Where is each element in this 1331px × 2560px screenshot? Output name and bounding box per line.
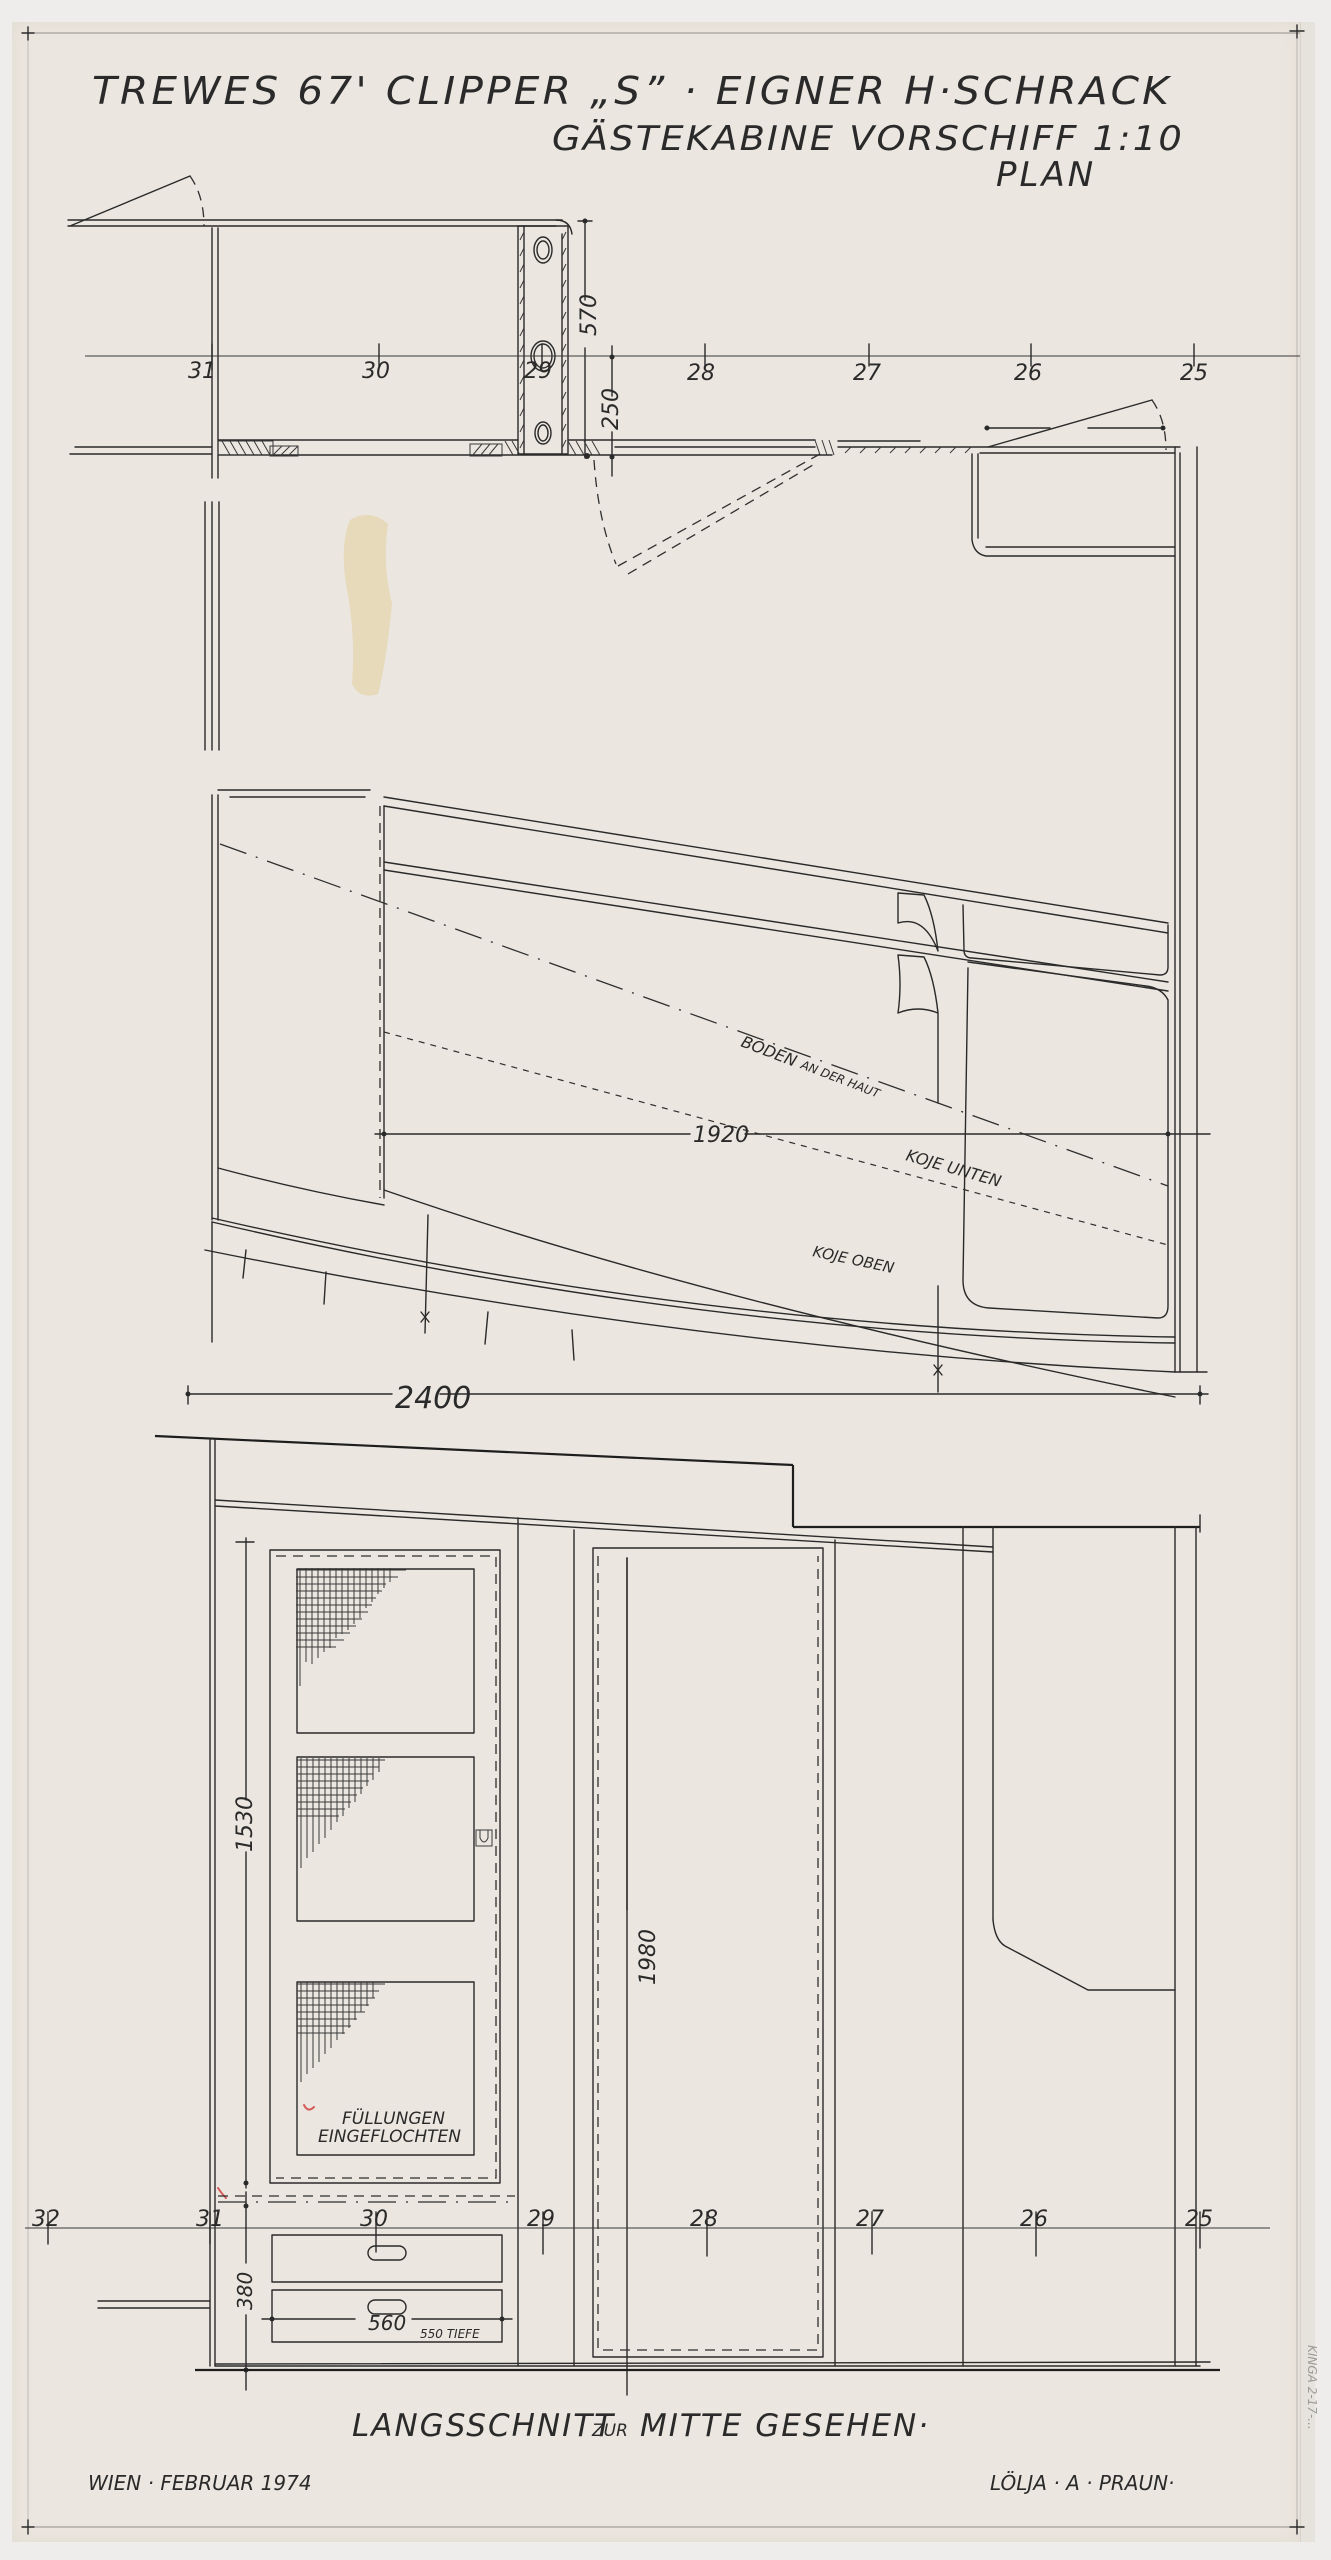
place-date: WIEN · FEBRUAR 1974 xyxy=(88,2471,312,2495)
plan-view: 570 31 30 29 28 27 26 25 250 xyxy=(68,176,1300,1416)
frame-label-29: 29 xyxy=(524,359,552,384)
registration-cross-icon xyxy=(22,27,34,40)
section-view: FÜLLUNGEN EINGEFLOCHTEN 1530 1980 32 xyxy=(25,1436,1270,2444)
drawer-handle-icon xyxy=(368,2246,406,2260)
annotation-koje-oben: KOJE OBEN xyxy=(811,1242,896,1277)
dimension-1920: 1920 xyxy=(693,1123,749,1148)
registration-cross-icon xyxy=(22,2520,34,2534)
title-block: TREWES 67' CLIPPER „S” · EIGNER H·SCHRAC… xyxy=(92,69,1184,195)
dimension-380: 380 xyxy=(233,2272,257,2310)
panel-2 xyxy=(297,1757,474,1921)
dimension-depth: 550 TIEFE xyxy=(420,2327,480,2341)
frame-label-25: 25 xyxy=(1180,361,1208,386)
dimension-560: 560 xyxy=(368,2311,406,2335)
section-caption-rest: MITTE GESEHEN· xyxy=(640,2408,930,2444)
weave-hatch-icon xyxy=(296,1568,406,1686)
paper-stain xyxy=(344,515,392,696)
frame-label-31: 31 xyxy=(188,359,216,384)
section-caption-small: ZUR xyxy=(591,2421,628,2441)
annotation-eingeflochten: EINGEFLOCHTEN xyxy=(318,2127,461,2147)
frame-label-28: 28 xyxy=(687,361,715,386)
registration-cross-icon xyxy=(1290,2520,1304,2534)
frame-label-32: 32 xyxy=(32,2207,60,2232)
section-caption-main: LANGSSCHNITT xyxy=(352,2408,615,2444)
weave-hatch-icon xyxy=(297,1758,385,1868)
author-signature: LÖLJA · A · PRAUN· xyxy=(990,2471,1174,2495)
frame-label-26: 26 xyxy=(1020,2207,1048,2232)
frame-label-27: 27 xyxy=(856,2207,884,2232)
frame-label-25: 25 xyxy=(1185,2207,1213,2232)
title-line-2: GÄSTEKABINE VORSCHIFF 1:10 xyxy=(552,119,1184,159)
red-check-mark-icon xyxy=(304,2105,314,2110)
frame-label-30: 30 xyxy=(360,2207,388,2232)
annotation-boden: BODEN xyxy=(739,1032,800,1071)
annotation-an-der-haut: AN DER HAUT xyxy=(798,1057,883,1101)
dimension-2400: 2400 xyxy=(395,1381,471,1416)
dimension-570: 570 xyxy=(577,294,602,336)
dimension-250: 250 xyxy=(599,388,624,430)
frame-label-27: 27 xyxy=(853,361,881,386)
weave-hatch-icon xyxy=(297,1982,385,2082)
dimension-1530: 1530 xyxy=(233,1796,258,1852)
annotation-koje-unten: KOJE UNTEN xyxy=(904,1146,1004,1191)
porthole-icon xyxy=(535,422,551,444)
title-line-1: TREWES 67' CLIPPER „S” · EIGNER H·SCHRAC… xyxy=(92,69,1172,113)
frame-label-29: 29 xyxy=(527,2207,555,2232)
frame-label-31: 31 xyxy=(196,2207,224,2232)
latch-icon xyxy=(476,1830,492,1846)
technical-drawing: TREWES 67' CLIPPER „S” · EIGNER H·SCHRAC… xyxy=(0,0,1331,2560)
registration-cross-icon xyxy=(1290,25,1304,38)
dimension-1980: 1980 xyxy=(636,1929,661,1985)
frame-label-28: 28 xyxy=(690,2207,718,2232)
porthole-icon xyxy=(534,237,552,263)
frame-label-26: 26 xyxy=(1014,361,1042,386)
annotation-fullungen: FÜLLUNGEN xyxy=(342,2107,445,2129)
edge-inventory-note: KINGA 2-17-... xyxy=(1305,2345,1319,2430)
title-line-3: PLAN xyxy=(996,155,1096,195)
frame-label-30: 30 xyxy=(362,359,390,384)
drawer-1 xyxy=(272,2235,502,2282)
